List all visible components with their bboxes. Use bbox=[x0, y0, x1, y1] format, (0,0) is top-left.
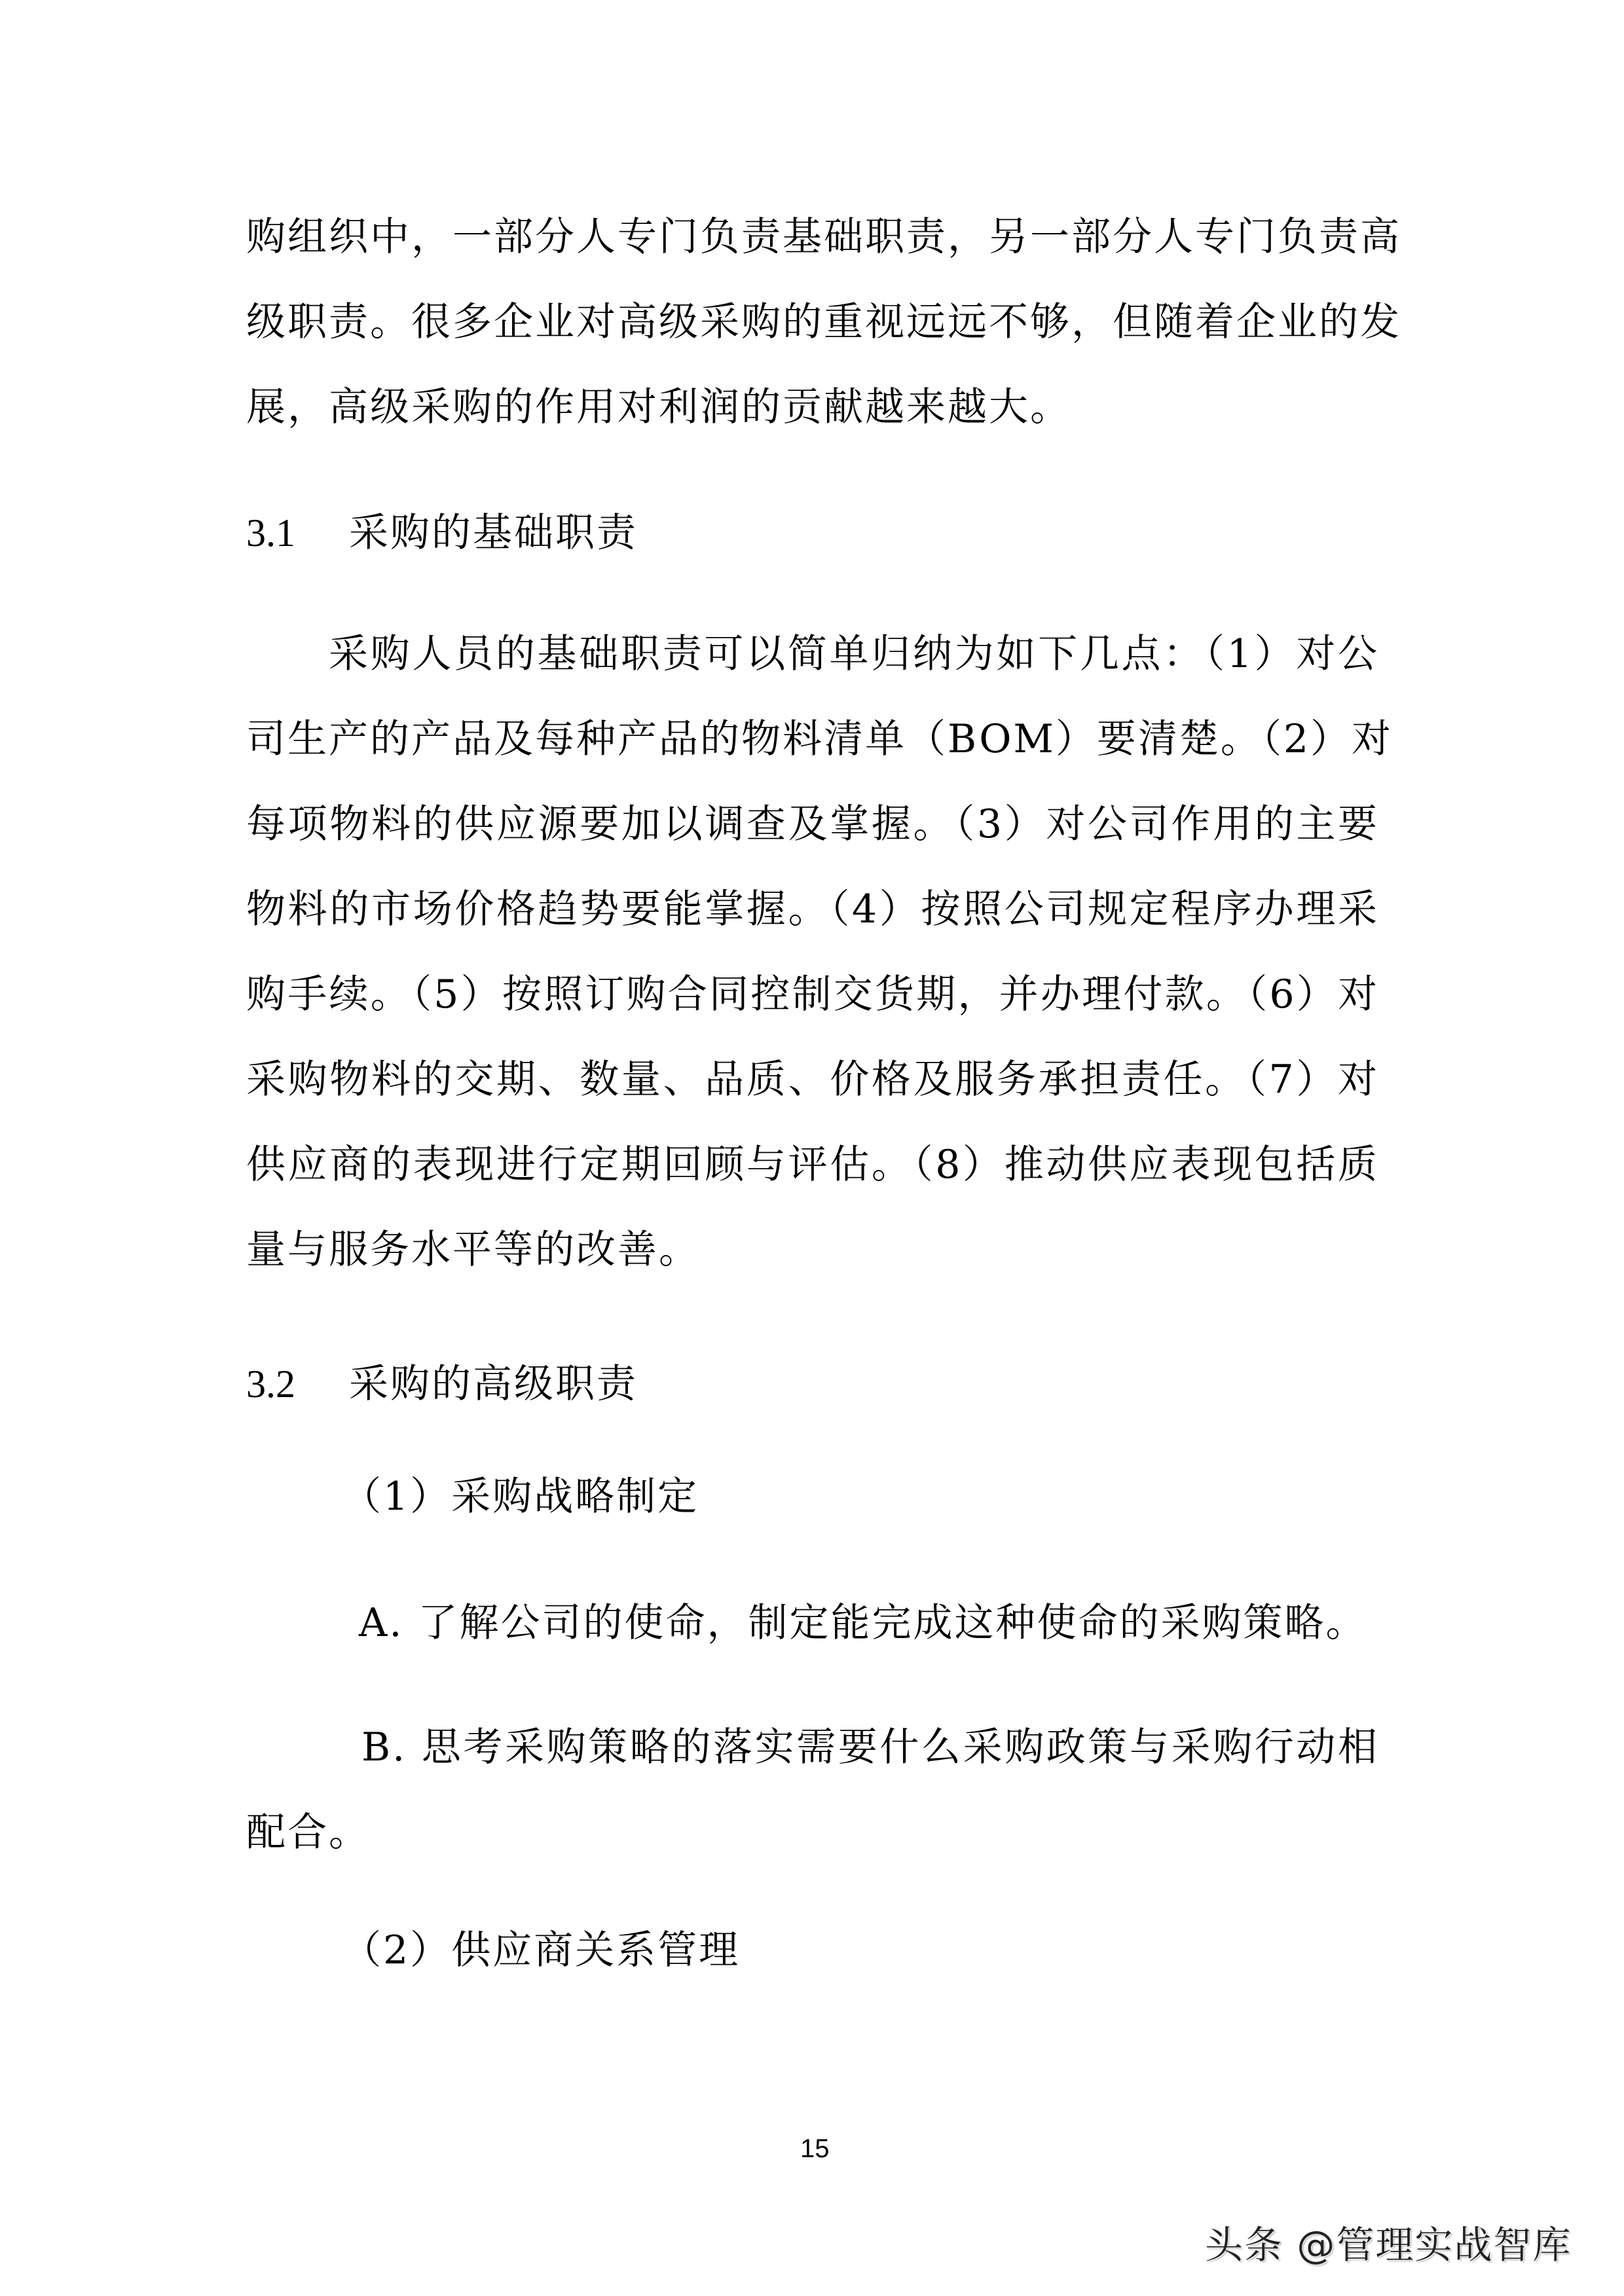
basic-duties-line-4: 物料的市场价格趋势要能掌握。（4）按照公司规定程序办理采 bbox=[246, 886, 1379, 933]
basic-duties-line-2: 司生产的产品及每种产品的物料清单（BOM）要清楚。（2）对 bbox=[246, 716, 1379, 763]
item-1-point-b-line-1: B. 思考采购策略的落实需要什么采购政策与采购行动相 bbox=[361, 1724, 1379, 1771]
page-number: 15 bbox=[800, 2133, 830, 2164]
section-3-2-number: 3.2 bbox=[246, 1360, 295, 1408]
item-1-label: （1）采购战略制定 bbox=[342, 1473, 699, 1520]
section-3-1-number: 3.1 bbox=[246, 509, 295, 556]
intro-line-3: 展，高级采购的作用对利润的贡献越来越大。 bbox=[246, 384, 1071, 431]
watermark: 头条 @管理实战智库 bbox=[1205, 2223, 1572, 2267]
item-1-point-a: A. 了解公司的使命，制定能完成这种使命的采购策略。 bbox=[359, 1599, 1367, 1647]
basic-duties-line-6: 采购物料的交期、数量、品质、价格及服务承担责任。（7）对 bbox=[246, 1056, 1379, 1103]
document-page: 购组织中，一部分人专门负责基础职责，另一部分人专门负责高 级职责。很多企业对高级… bbox=[0, 0, 1624, 2296]
intro-line-1: 购组织中，一部分人专门负责基础职责，另一部分人专门负责高 bbox=[246, 213, 1379, 261]
basic-duties-line-8: 量与服务水平等的改善。 bbox=[246, 1226, 700, 1273]
basic-duties-line-3: 每项物料的供应源要加以调查及掌握。（3）对公司作用的主要 bbox=[246, 801, 1379, 848]
item-2-label: （2）供应商关系管理 bbox=[342, 1927, 740, 1974]
section-3-2-title: 采购的高级职责 bbox=[349, 1360, 638, 1408]
basic-duties-line-7: 供应商的表现进行定期回顾与评估。（8）推动供应表现包括质 bbox=[246, 1141, 1379, 1188]
item-1-point-b-line-2: 配合。 bbox=[246, 1809, 370, 1856]
basic-duties-line-1: 采购人员的基础职责可以简单归纳为如下几点：（1）对公 bbox=[329, 630, 1379, 678]
basic-duties-line-5: 购手续。（5）按照订购合同控制交货期，并办理付款。（6）对 bbox=[246, 971, 1379, 1018]
intro-line-2: 级职责。很多企业对高级采购的重视远远不够，但随着企业的发 bbox=[246, 299, 1379, 346]
section-3-1-title: 采购的基础职责 bbox=[349, 509, 638, 556]
